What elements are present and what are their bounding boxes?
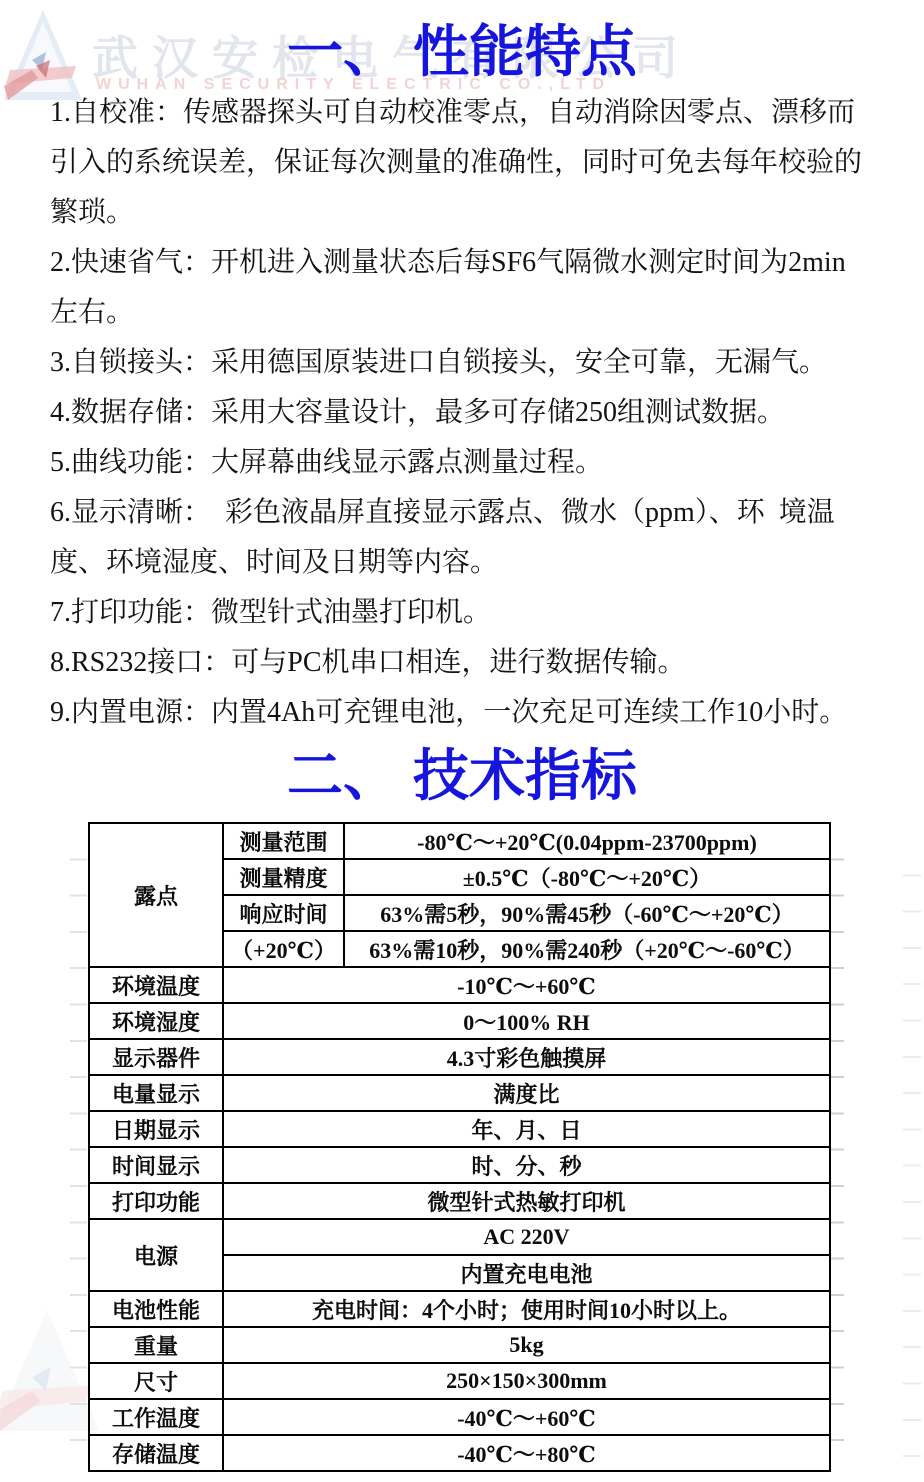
feature-item-5: 5.曲线功能：大屏幕曲线显示露点测量过程。 [50,438,902,488]
table-row: 电源 AC 220V [89,1219,830,1255]
spec-value-cell: 0～100% RH [223,1003,830,1039]
spec-label-cell: 显示器件 [89,1039,223,1075]
spec-value-cell: -80℃～+20℃(0.04ppm-23700ppm) [344,823,830,859]
spec-value-cell: 微型针式热敏打印机 [223,1183,830,1219]
feature-item-4: 4.数据存储：采用大容量设计，最多可存储250组测试数据。 [50,388,902,438]
gridline-stubs-left [70,824,87,1474]
table-row: 存储温度 -40℃～+80℃ [89,1435,830,1471]
spec-value-cell: 5kg [223,1327,830,1363]
spec-label-cell: 环境温度 [89,967,223,1003]
spec-label-cell: 电池性能 [89,1291,223,1327]
feature-list: 1.自校准：传感器探头可自动校准零点，自动消除因零点、漂移而 引入的系统误差，保… [50,88,902,738]
spec-value-cell: 250×150×300mm [223,1363,830,1399]
table-row: 打印功能 微型针式热敏打印机 [89,1183,830,1219]
feature-item-6: 6.显示清晰： 彩色液晶屏直接显示露点、微水（ppm）、环 境温 度、环境湿度、… [50,488,902,588]
gridline-stubs-right [831,824,844,1474]
feature-item-1: 1.自校准：传感器探头可自动校准零点，自动消除因零点、漂移而 引入的系统误差，保… [50,88,902,238]
spec-label-cell: 重量 [89,1327,223,1363]
table-row: 电池性能 充电时间：4个小时；使用时间10小时以上。 [89,1291,830,1327]
spec-table: 露点 测量范围 -80℃～+20℃(0.04ppm-23700ppm) 测量精度… [88,822,831,1472]
table-row: 日期显示 年、月、日 [89,1111,830,1147]
spec-group-label: 电源 [89,1219,223,1291]
spec-value-cell: -40℃～+80℃ [223,1435,830,1471]
spec-value-cell: AC 220V [223,1219,830,1255]
spec-value-cell: 63%需5秒，90%需45秒（-60℃～+20℃） [344,895,830,931]
spec-label-cell: 电量显示 [89,1075,223,1111]
spec-label-cell: 测量精度 [223,859,344,895]
spec-label-cell: 尺寸 [89,1363,223,1399]
spec-value-cell: 年、月、日 [223,1111,830,1147]
table-row: 尺寸 250×150×300mm [89,1363,830,1399]
spec-label-cell: （+20℃） [223,931,344,967]
spec-value-cell: 63%需10秒，90%需240秒（+20℃～-60℃） [344,931,830,967]
spec-label-cell: 环境湿度 [89,1003,223,1039]
feature-item-3: 3.自锁接头：采用德国原装进口自锁接头，安全可靠，无漏气。 [50,338,902,388]
spec-value-cell: -10℃～+60℃ [223,967,830,1003]
spec-label-cell: 日期显示 [89,1111,223,1147]
spec-label-cell: 响应时间 [223,895,344,931]
spec-label-cell: 存储温度 [89,1435,223,1471]
feature-item-2: 2.快速省气：开机进入测量状态后每SF6气隔微水测定时间为2min 左右。 [50,238,902,338]
spec-value-cell: 满度比 [223,1075,830,1111]
table-row: 显示器件 4.3寸彩色触摸屏 [89,1039,830,1075]
table-row: 露点 测量范围 -80℃～+20℃(0.04ppm-23700ppm) [89,823,830,859]
spec-label-cell: 时间显示 [89,1147,223,1183]
feature-item-9: 9.内置电源：内置4Ah可充锂电池，一次充足可连续工作10小时。 [50,688,902,738]
table-row: 工作温度 -40℃～+60℃ [89,1399,830,1435]
spec-value-cell: -40℃～+60℃ [223,1399,830,1435]
spec-value-cell: 充电时间：4个小时；使用时间10小时以上。 [223,1291,830,1327]
table-row: 环境温度 -10℃～+60℃ [89,967,830,1003]
table-row: 环境湿度 0～100% RH [89,1003,830,1039]
feature-item-7: 7.打印功能：微型针式油墨打印机。 [50,588,902,638]
section2-title: 二、 技术指标 [0,732,924,812]
spec-value-cell: 时、分、秒 [223,1147,830,1183]
document-page: 武汉安检电气有限公司 WUHAN SECURITY ELECTRIC CO.,L… [0,0,924,1482]
spec-group-label: 露点 [89,823,223,967]
spec-value-cell: ±0.5℃（-80℃～+20℃） [344,859,830,895]
table-row: 重量 5kg [89,1327,830,1363]
spec-table-container: 露点 测量范围 -80℃～+20℃(0.04ppm-23700ppm) 测量精度… [88,822,831,1472]
section1-title: 一、 性能特点 [0,8,924,88]
spec-value-cell: 内置充电电池 [223,1255,830,1291]
gridline-stubs-margin [903,840,921,1474]
spec-label-cell: 打印功能 [89,1183,223,1219]
table-row: 电量显示 满度比 [89,1075,830,1111]
spec-value-cell: 4.3寸彩色触摸屏 [223,1039,830,1075]
feature-item-8: 8.RS232接口：可与PC机串口相连，进行数据传输。 [50,638,902,688]
table-row: 时间显示 时、分、秒 [89,1147,830,1183]
spec-label-cell: 工作温度 [89,1399,223,1435]
spec-label-cell: 测量范围 [223,823,344,859]
